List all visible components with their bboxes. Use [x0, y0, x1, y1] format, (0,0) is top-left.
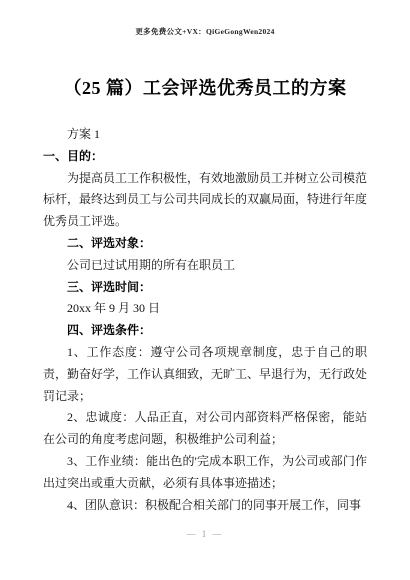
paragraph-criteria-work-attitude: 1、工作态度：遵守公司各项规章制度，忠于自己的职责，勤奋好学，工作认真细致，无旷…: [43, 342, 367, 407]
paragraph-criteria-teamwork: 4、团队意识：积极配合相关部门的同事开展工作，同事: [43, 495, 367, 517]
paragraph-plan-number: 方案 1: [43, 124, 367, 146]
page-number: — 1 —: [0, 529, 410, 539]
heading-selection-time: 三、评选时间：: [43, 277, 367, 299]
document-body: 方案 1 一、目的： 为提高员工工作积极性，有效地激励员工并树立公司模范标杆，最…: [43, 124, 367, 516]
header-watermark-text: 更多免费公文+VX：QiGeGongWen2024: [0, 26, 410, 37]
heading-purpose: 一、目的：: [43, 146, 367, 168]
document-title: （25 篇）工会评选优秀员工的方案: [0, 74, 410, 100]
document-page: 更多免费公文+VX：QiGeGongWen2024 （25 篇）工会评选优秀员工…: [0, 0, 410, 580]
paragraph-criteria-performance: 3、工作业绩：能出色的'完成本职工作，为公司或部门作出过突出或重大贡献，必须有具…: [43, 451, 367, 495]
paragraph-purpose: 为提高员工工作积极性，有效地激励员工并树立公司模范标杆，最终达到员工与公司共同成…: [43, 168, 367, 233]
heading-selection-criteria: 四、评选条件：: [43, 320, 367, 342]
paragraph-selection-target: 公司已过试用期的所有在职员工: [43, 255, 367, 277]
heading-selection-target: 二、评选对象：: [43, 233, 367, 255]
paragraph-criteria-loyalty: 2、忠诚度：人品正直，对公司内部资料严格保密，能站在公司的角度考虑问题，积极维护…: [43, 407, 367, 451]
paragraph-selection-time: 20xx 年 9 月 30 日: [43, 298, 367, 320]
